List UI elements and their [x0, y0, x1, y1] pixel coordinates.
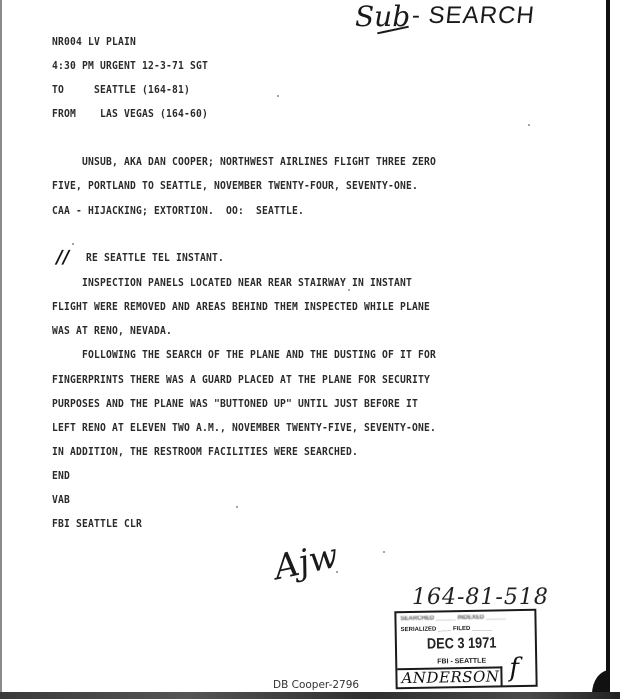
stamp-searched-indexed: SEARCHED ______ INDEXED ______ — [400, 614, 505, 622]
paper-speck — [383, 551, 385, 553]
header-line-routing: NR004 LV PLAIN — [52, 36, 136, 48]
body-line: INSPECTION PANELS LOCATED NEAR REAR STAI… — [52, 277, 412, 289]
caption-line: CAA - HIJACKING; EXTORTION. OO: SEATTLE. — [52, 205, 304, 217]
caption-line: UNSUB, AKA DAN COOPER; NORTHWEST AIRLINE… — [52, 156, 436, 168]
scan-bottom-shadow — [0, 692, 620, 699]
body-line: FINGERPRINTS THERE WAS A GUARD PLACED AT… — [52, 374, 430, 386]
paper-speck — [277, 95, 279, 97]
handwritten-search-label: - SEARCH — [411, 2, 537, 30]
header-line-time: 4:30 PM URGENT 12-3-71 SGT — [52, 60, 208, 72]
stamp-office: FBI - SEATTLE — [437, 658, 486, 666]
paper-speck — [528, 124, 530, 126]
handwritten-slash-mark: // — [54, 247, 71, 268]
handwritten-file-number: 164-81-518 — [412, 585, 549, 610]
header-line-to: TO SEATTLE (164-81) — [52, 84, 190, 96]
paper-speck — [72, 243, 74, 245]
stamp-serialized-filed: SERIALIZED ____ FILED ______ — [401, 626, 492, 634]
scan-corner-shadow — [592, 670, 610, 694]
body-line: PURPOSES AND THE PLANE WAS "BUTTONED UP"… — [52, 398, 418, 410]
page-right-edge — [606, 0, 610, 692]
footer-caption: DB Cooper-2796 — [273, 679, 359, 691]
stamp-handwritten-initial: f — [509, 653, 519, 683]
document-page: Sub - SEARCH NR004 LV PLAIN 4:30 PM URGE… — [0, 0, 620, 699]
caption-line: FIVE, PORTLAND TO SEATTLE, NOVEMBER TWEN… — [52, 180, 418, 192]
body-line: IN ADDITION, THE RESTROOM FACILITIES WER… — [52, 446, 358, 458]
closing-end: END — [52, 470, 70, 482]
paper-speck — [348, 289, 350, 291]
reference-line: RE SEATTLE TEL INSTANT. — [86, 252, 224, 264]
handwritten-initials: Ajw — [271, 536, 342, 588]
closing-office: FBI SEATTLE CLR — [52, 518, 142, 530]
body-line: FOLLOWING THE SEARCH OF THE PLANE AND TH… — [52, 349, 436, 361]
stamp-agent-name: ANDERSON — [401, 667, 499, 687]
closing-operator: VAB — [52, 494, 70, 506]
header-line-from: FROM LAS VEGAS (164-60) — [52, 108, 208, 120]
stamp-date: DEC 3 1971 — [427, 634, 497, 652]
paper-speck — [336, 571, 338, 573]
paper-speck — [236, 506, 238, 508]
body-line: LEFT RENO AT ELEVEN TWO A.M., NOVEMBER T… — [52, 422, 436, 434]
body-line: WAS AT RENO, NEVADA. — [52, 325, 172, 337]
body-line: FLIGHT WERE REMOVED AND AREAS BEHIND THE… — [52, 301, 430, 313]
filing-stamp: SEARCHED ______ INDEXED ______ SERIALIZE… — [394, 609, 537, 689]
page-left-edge — [0, 0, 2, 692]
